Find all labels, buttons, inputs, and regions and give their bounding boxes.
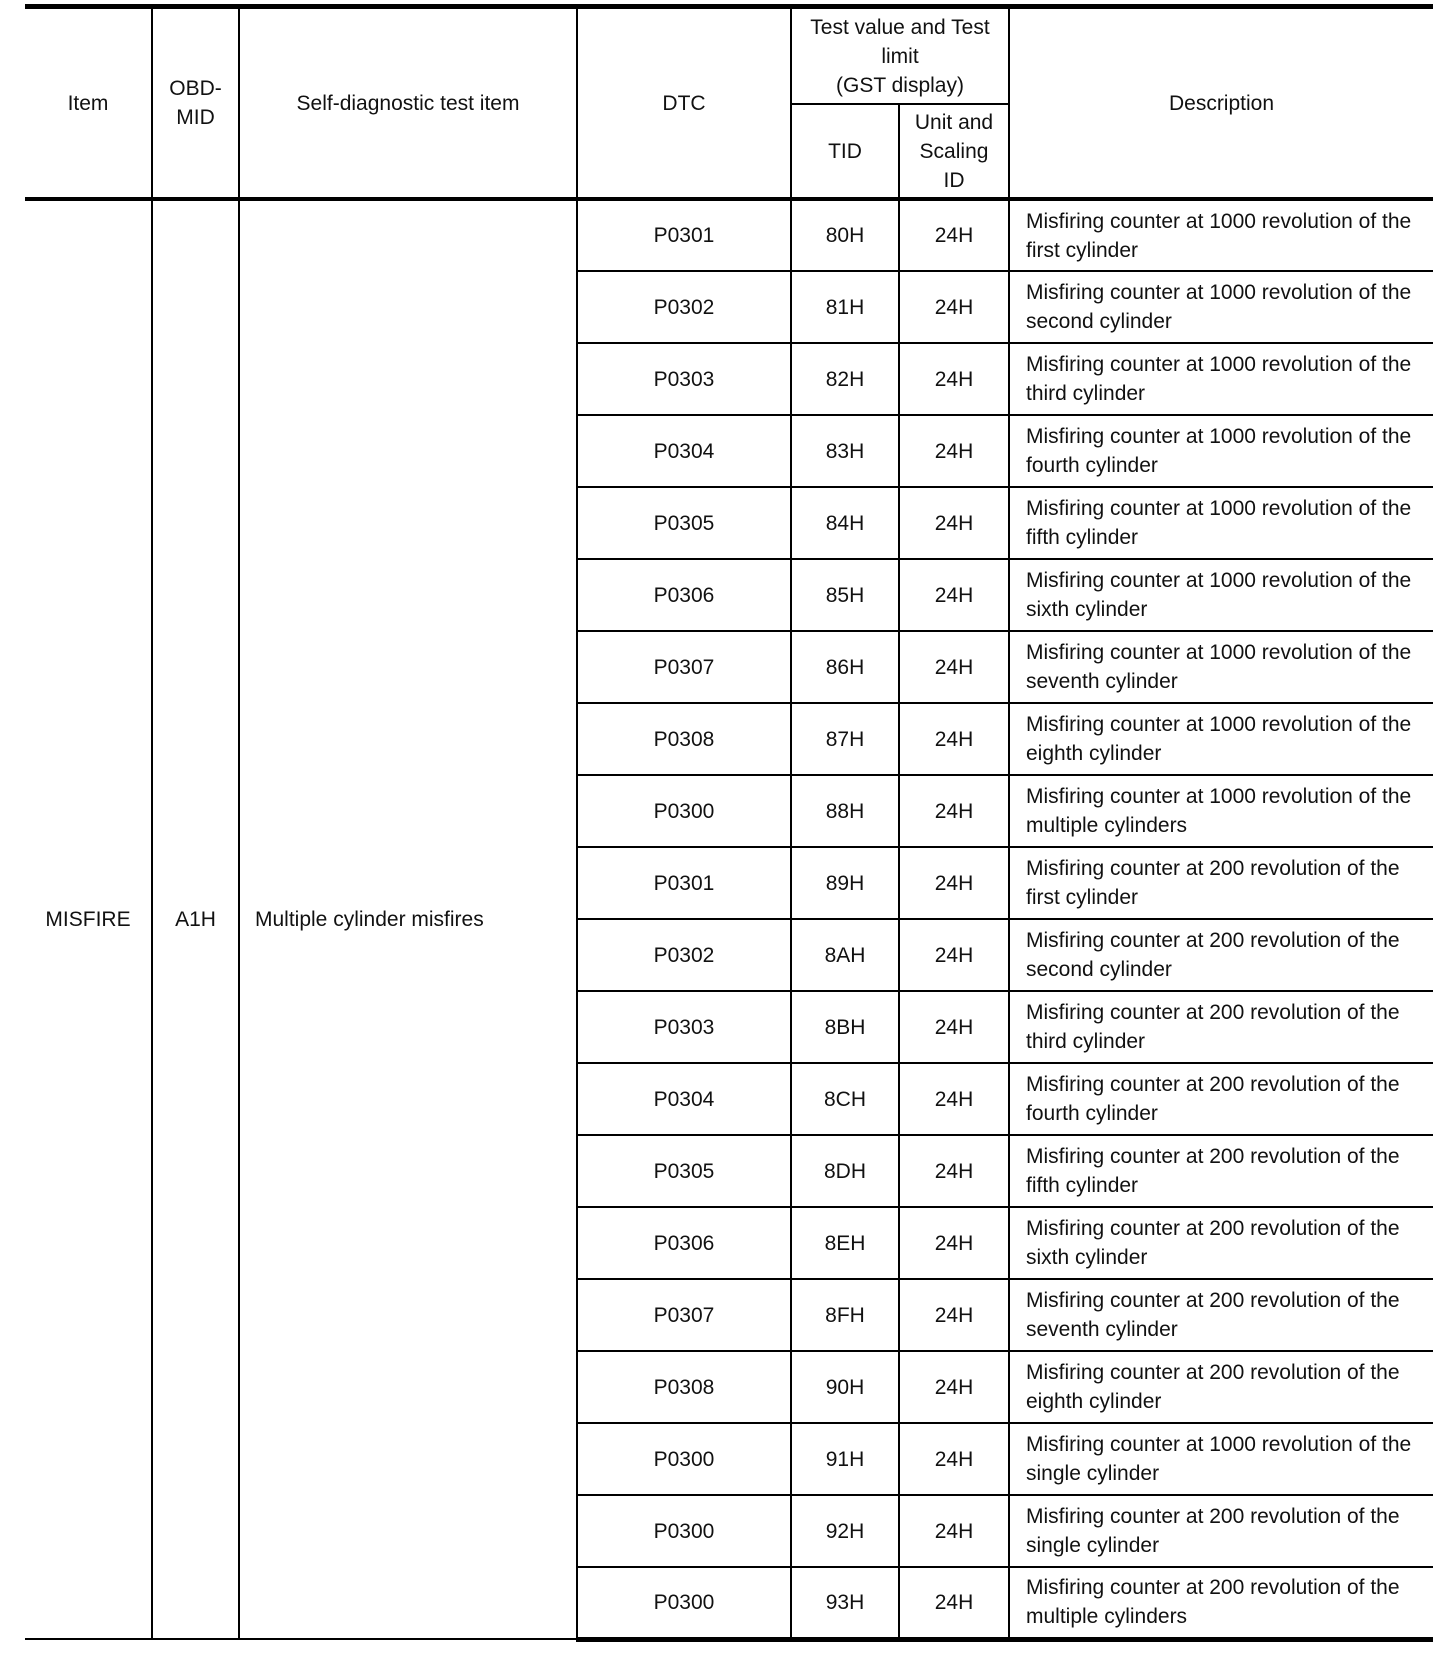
unit-scaling-id-cell: 24H	[899, 631, 1009, 703]
self-diagnostic-test-item-cell: Multiple cylinder misfires	[239, 199, 577, 1639]
description-cell: Misfiring counter at 1000 revolution of …	[1009, 343, 1433, 415]
description-cell: Misfiring counter at 200 revolution of t…	[1009, 1351, 1433, 1423]
description-cell: Misfiring counter at 1000 revolution of …	[1009, 703, 1433, 775]
table-row: MISFIREA1HMultiple cylinder misfiresP030…	[25, 199, 1433, 271]
dtc-cell: P0308	[577, 703, 791, 775]
unit-scaling-id-cell: 24H	[899, 343, 1009, 415]
unit-scaling-id-cell: 24H	[899, 1207, 1009, 1279]
unit-scaling-id-cell: 24H	[899, 199, 1009, 271]
description-cell: Misfiring counter at 1000 revolution of …	[1009, 775, 1433, 847]
dtc-cell: P0301	[577, 199, 791, 271]
description-cell: Misfiring counter at 200 revolution of t…	[1009, 991, 1433, 1063]
dtc-cell: P0302	[577, 271, 791, 343]
unit-scaling-id-cell: 24H	[899, 271, 1009, 343]
tid-cell: 8AH	[791, 919, 899, 991]
tid-cell: 80H	[791, 199, 899, 271]
tid-cell: 83H	[791, 415, 899, 487]
description-cell: Misfiring counter at 200 revolution of t…	[1009, 1279, 1433, 1351]
description-cell: Misfiring counter at 200 revolution of t…	[1009, 1207, 1433, 1279]
header-self-diagnostic-test-item: Self-diagnostic test item	[239, 7, 577, 200]
unit-scaling-id-cell: 24H	[899, 1279, 1009, 1351]
unit-scaling-id-cell: 24H	[899, 559, 1009, 631]
tid-cell: 8BH	[791, 991, 899, 1063]
description-cell: Misfiring counter at 200 revolution of t…	[1009, 1063, 1433, 1135]
header-tid: TID	[791, 104, 899, 199]
description-cell: Misfiring counter at 1000 revolution of …	[1009, 559, 1433, 631]
obd-mid-cell: A1H	[152, 199, 239, 1639]
misfire-item-cell: MISFIRE	[25, 199, 152, 1639]
tid-cell: 8CH	[791, 1063, 899, 1135]
unit-scaling-id-cell: 24H	[899, 415, 1009, 487]
header-description: Description	[1009, 7, 1433, 200]
unit-scaling-id-cell: 24H	[899, 487, 1009, 559]
dtc-cell: P0303	[577, 991, 791, 1063]
dtc-cell: P0300	[577, 775, 791, 847]
unit-scaling-id-cell: 24H	[899, 991, 1009, 1063]
header-dtc: DTC	[577, 7, 791, 200]
tid-cell: 86H	[791, 631, 899, 703]
header-item: Item	[25, 7, 152, 200]
tid-cell: 87H	[791, 703, 899, 775]
dtc-cell: P0302	[577, 919, 791, 991]
dtc-cell: P0308	[577, 1351, 791, 1423]
unit-scaling-id-cell: 24H	[899, 1495, 1009, 1567]
tid-cell: 89H	[791, 847, 899, 919]
misfire-test-table: Item OBD- MID Self-diagnostic test item …	[25, 4, 1433, 1642]
description-cell: Misfiring counter at 1000 revolution of …	[1009, 487, 1433, 559]
unit-scaling-id-cell: 24H	[899, 1423, 1009, 1495]
description-cell: Misfiring counter at 1000 revolution of …	[1009, 271, 1433, 343]
header-test-value-and-limit: Test value and Test limit (GST display)	[791, 7, 1009, 105]
dtc-cell: P0300	[577, 1495, 791, 1567]
tid-cell: 84H	[791, 487, 899, 559]
unit-scaling-id-cell: 24H	[899, 847, 1009, 919]
dtc-cell: P0305	[577, 1135, 791, 1207]
description-cell: Misfiring counter at 1000 revolution of …	[1009, 631, 1433, 703]
description-cell: Misfiring counter at 200 revolution of t…	[1009, 1567, 1433, 1639]
tid-cell: 8DH	[791, 1135, 899, 1207]
tid-cell: 91H	[791, 1423, 899, 1495]
tid-cell: 81H	[791, 271, 899, 343]
description-cell: Misfiring counter at 200 revolution of t…	[1009, 919, 1433, 991]
unit-scaling-id-cell: 24H	[899, 1135, 1009, 1207]
header-obd-mid: OBD- MID	[152, 7, 239, 200]
unit-scaling-id-cell: 24H	[899, 1567, 1009, 1639]
description-cell: Misfiring counter at 200 revolution of t…	[1009, 1495, 1433, 1567]
dtc-cell: P0304	[577, 1063, 791, 1135]
dtc-cell: P0307	[577, 631, 791, 703]
tid-cell: 93H	[791, 1567, 899, 1639]
tid-cell: 85H	[791, 559, 899, 631]
tid-cell: 8FH	[791, 1279, 899, 1351]
description-cell: Misfiring counter at 200 revolution of t…	[1009, 847, 1433, 919]
dtc-cell: P0306	[577, 559, 791, 631]
unit-scaling-id-cell: 24H	[899, 1063, 1009, 1135]
dtc-cell: P0300	[577, 1423, 791, 1495]
description-cell: Misfiring counter at 1000 revolution of …	[1009, 199, 1433, 271]
obd-mid-table-container: Item OBD- MID Self-diagnostic test item …	[25, 4, 1433, 1642]
unit-scaling-id-cell: 24H	[899, 1351, 1009, 1423]
dtc-cell: P0303	[577, 343, 791, 415]
dtc-cell: P0300	[577, 1567, 791, 1639]
unit-scaling-id-cell: 24H	[899, 775, 1009, 847]
tid-cell: 88H	[791, 775, 899, 847]
table-header: Item OBD- MID Self-diagnostic test item …	[25, 7, 1433, 200]
tid-cell: 90H	[791, 1351, 899, 1423]
dtc-cell: P0304	[577, 415, 791, 487]
description-cell: Misfiring counter at 200 revolution of t…	[1009, 1135, 1433, 1207]
tid-cell: 82H	[791, 343, 899, 415]
table-body: MISFIREA1HMultiple cylinder misfiresP030…	[25, 199, 1433, 1639]
description-cell: Misfiring counter at 1000 revolution of …	[1009, 1423, 1433, 1495]
dtc-cell: P0307	[577, 1279, 791, 1351]
unit-scaling-id-cell: 24H	[899, 919, 1009, 991]
unit-scaling-id-cell: 24H	[899, 703, 1009, 775]
dtc-cell: P0305	[577, 487, 791, 559]
header-unit-and-scaling-id: Unit and Scaling ID	[899, 104, 1009, 199]
description-cell: Misfiring counter at 1000 revolution of …	[1009, 415, 1433, 487]
tid-cell: 8EH	[791, 1207, 899, 1279]
dtc-cell: P0306	[577, 1207, 791, 1279]
tid-cell: 92H	[791, 1495, 899, 1567]
dtc-cell: P0301	[577, 847, 791, 919]
